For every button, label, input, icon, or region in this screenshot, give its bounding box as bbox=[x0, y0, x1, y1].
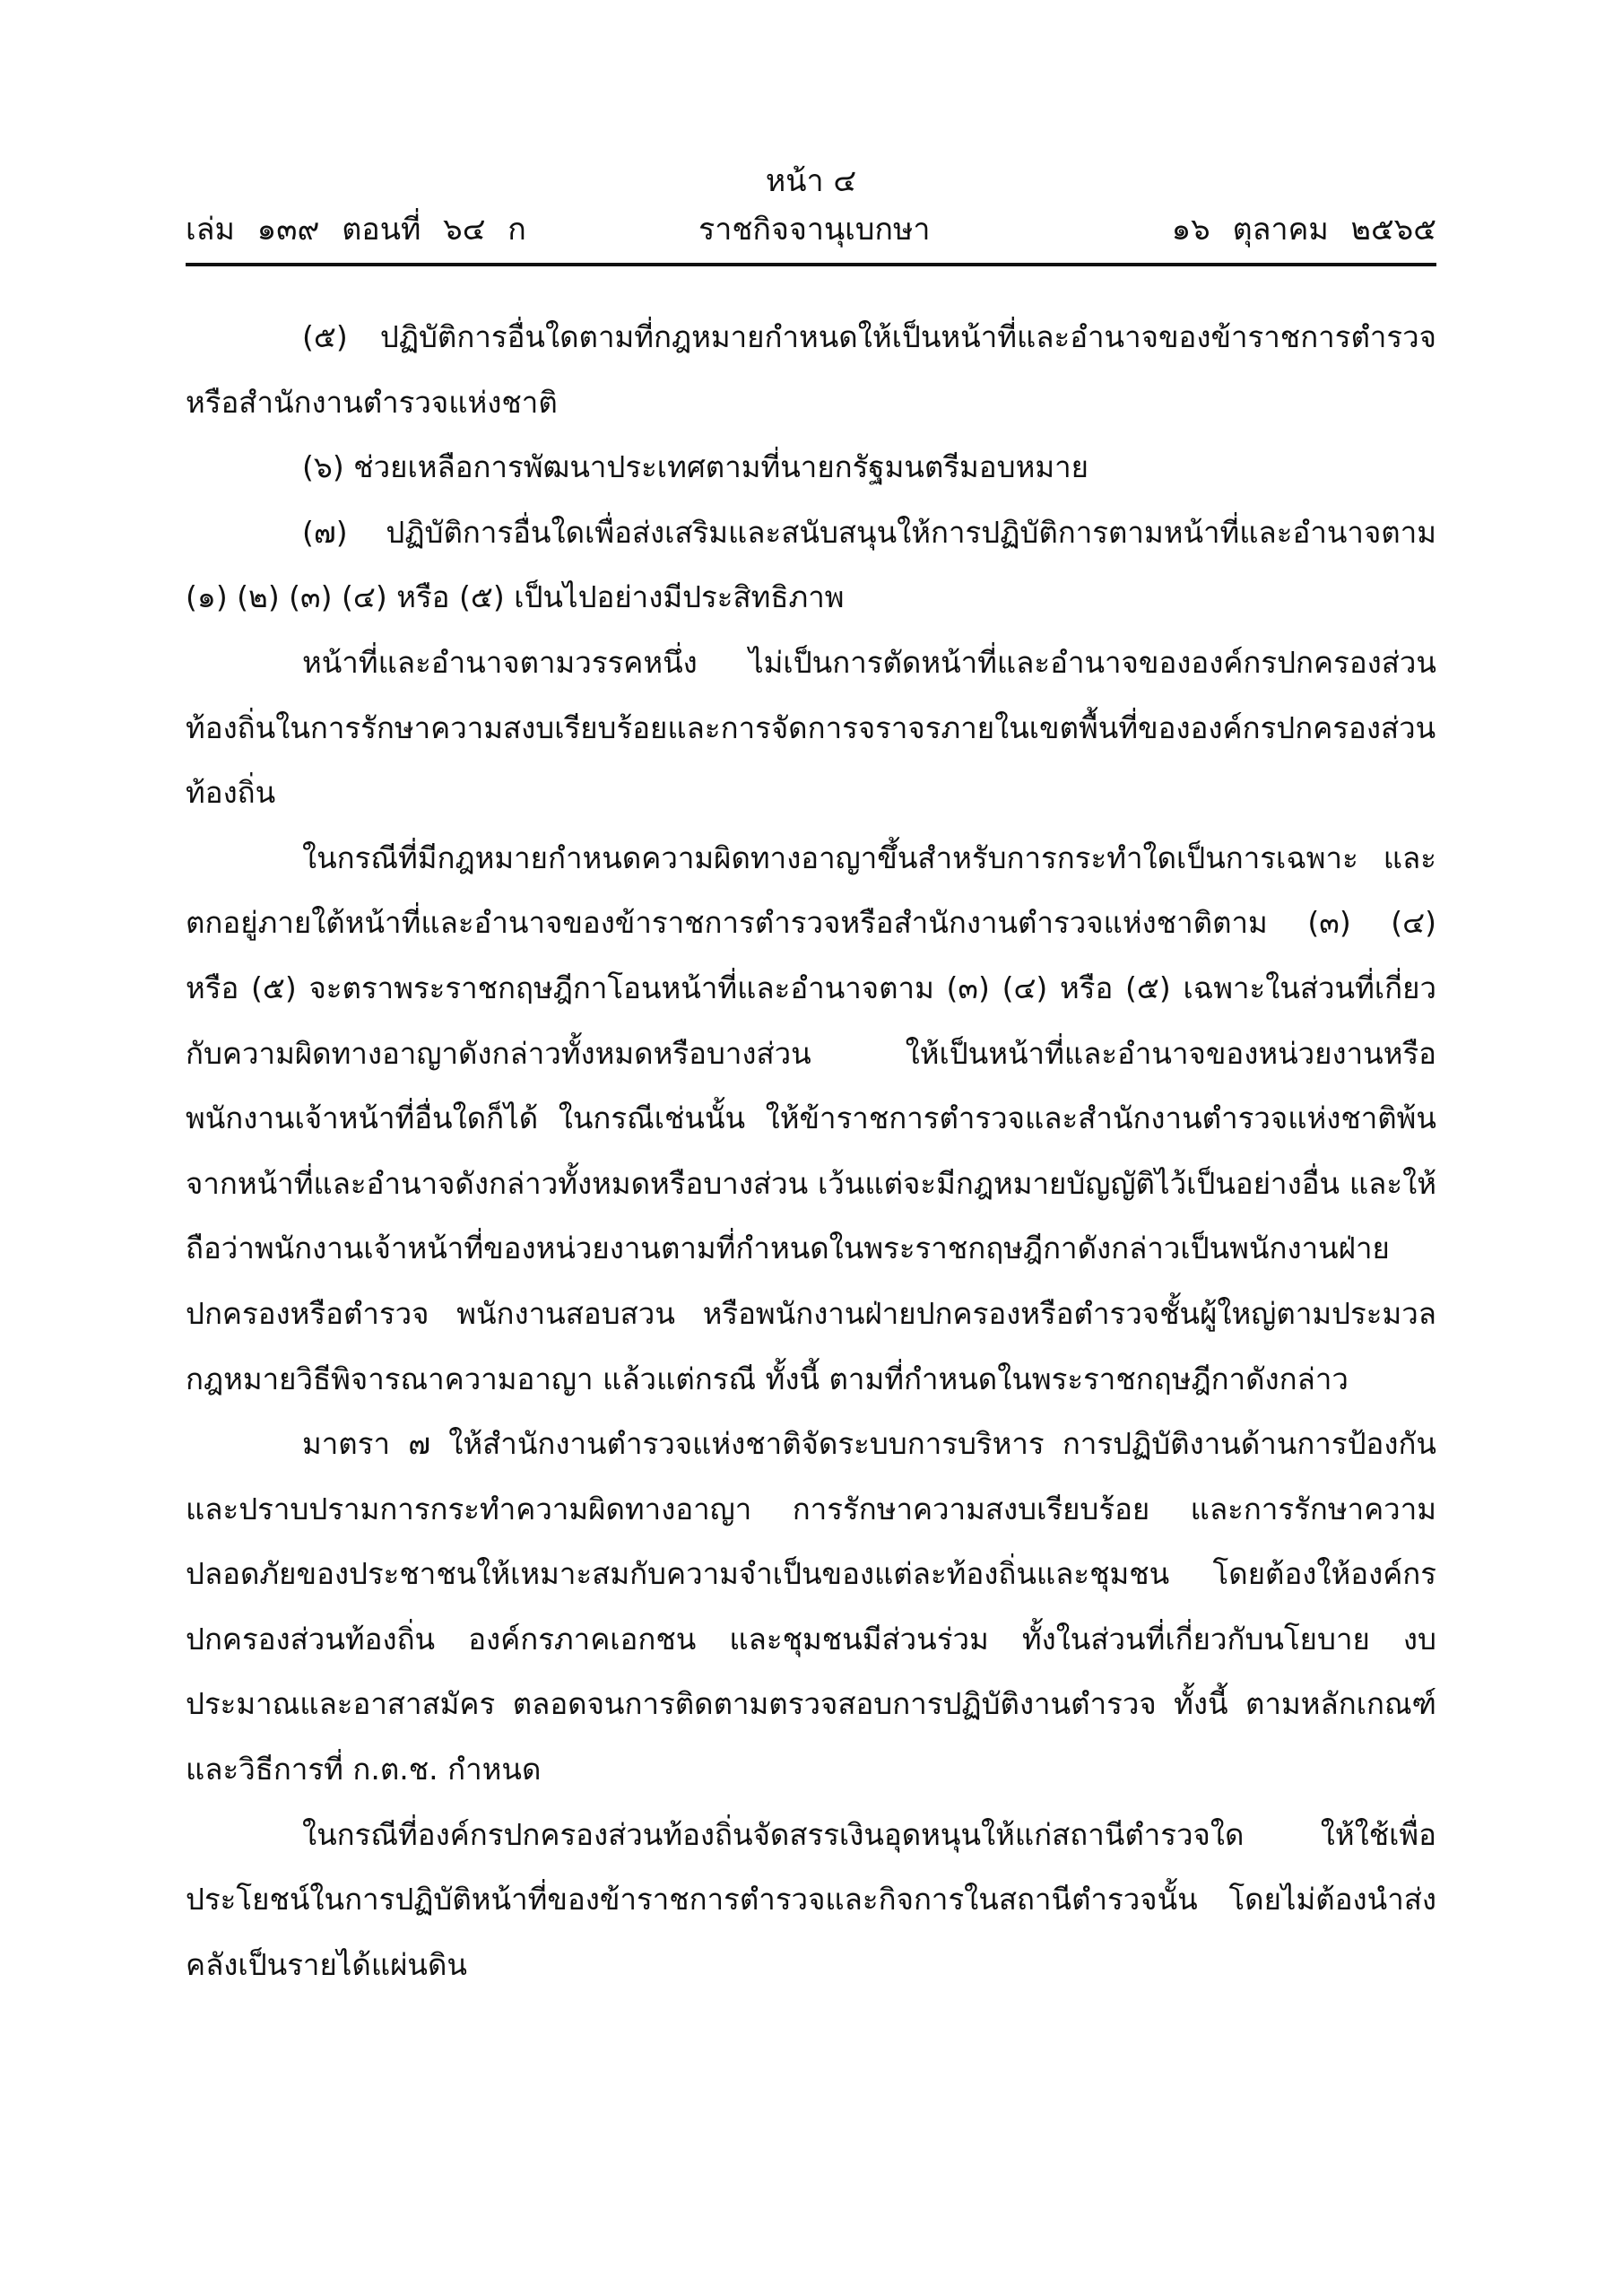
paragraph-subsidy: ในกรณีที่องค์กรปกครองส่วนท้องถิ่นจัดสรรเ… bbox=[186, 1803, 1436, 1998]
publication-title: ราชกิจจานุเบกษา bbox=[698, 208, 931, 251]
paragraph-section-7: มาตรา ๗ ให้สำนักงานตำรวจแห่งชาติจัดระบบก… bbox=[186, 1412, 1436, 1803]
paragraph-item-7: (๗) ปฏิบัติการอื่นใดเพื่อส่งเสริมและสนับ… bbox=[186, 500, 1436, 631]
paragraph-criminal-offence-transfer: ในกรณีที่มีกฎหมายกำหนดความผิดทางอาญาขึ้น… bbox=[186, 826, 1436, 1412]
paragraph-item-5: (๕) ปฏิบัติการอื่นใดตามที่กฎหมายกำหนดให้… bbox=[186, 305, 1436, 435]
document-body: (๕) ปฏิบัติการอื่นใดตามที่กฎหมายกำหนดให้… bbox=[186, 305, 1436, 1997]
page-number: หน้า ๔ bbox=[0, 160, 1622, 203]
publication-date: ๑๖ ตุลาคม ๒๕๖๕ bbox=[1172, 208, 1436, 251]
paragraph-local-authority: หน้าที่และอำนาจตามวรรคหนึ่ง ไม่เป็นการตั… bbox=[186, 631, 1436, 826]
volume-issue: เล่ม ๑๓๙ ตอนที่ ๖๔ ก bbox=[186, 208, 526, 251]
paragraph-item-6: (๖) ช่วยเหลือการพัฒนาประเทศตามที่นายกรัฐ… bbox=[186, 435, 1436, 500]
gazette-header: เล่ม ๑๓๙ ตอนที่ ๖๔ ก ราชกิจจานุเบกษา ๑๖ … bbox=[186, 208, 1436, 251]
header-divider bbox=[186, 263, 1436, 266]
